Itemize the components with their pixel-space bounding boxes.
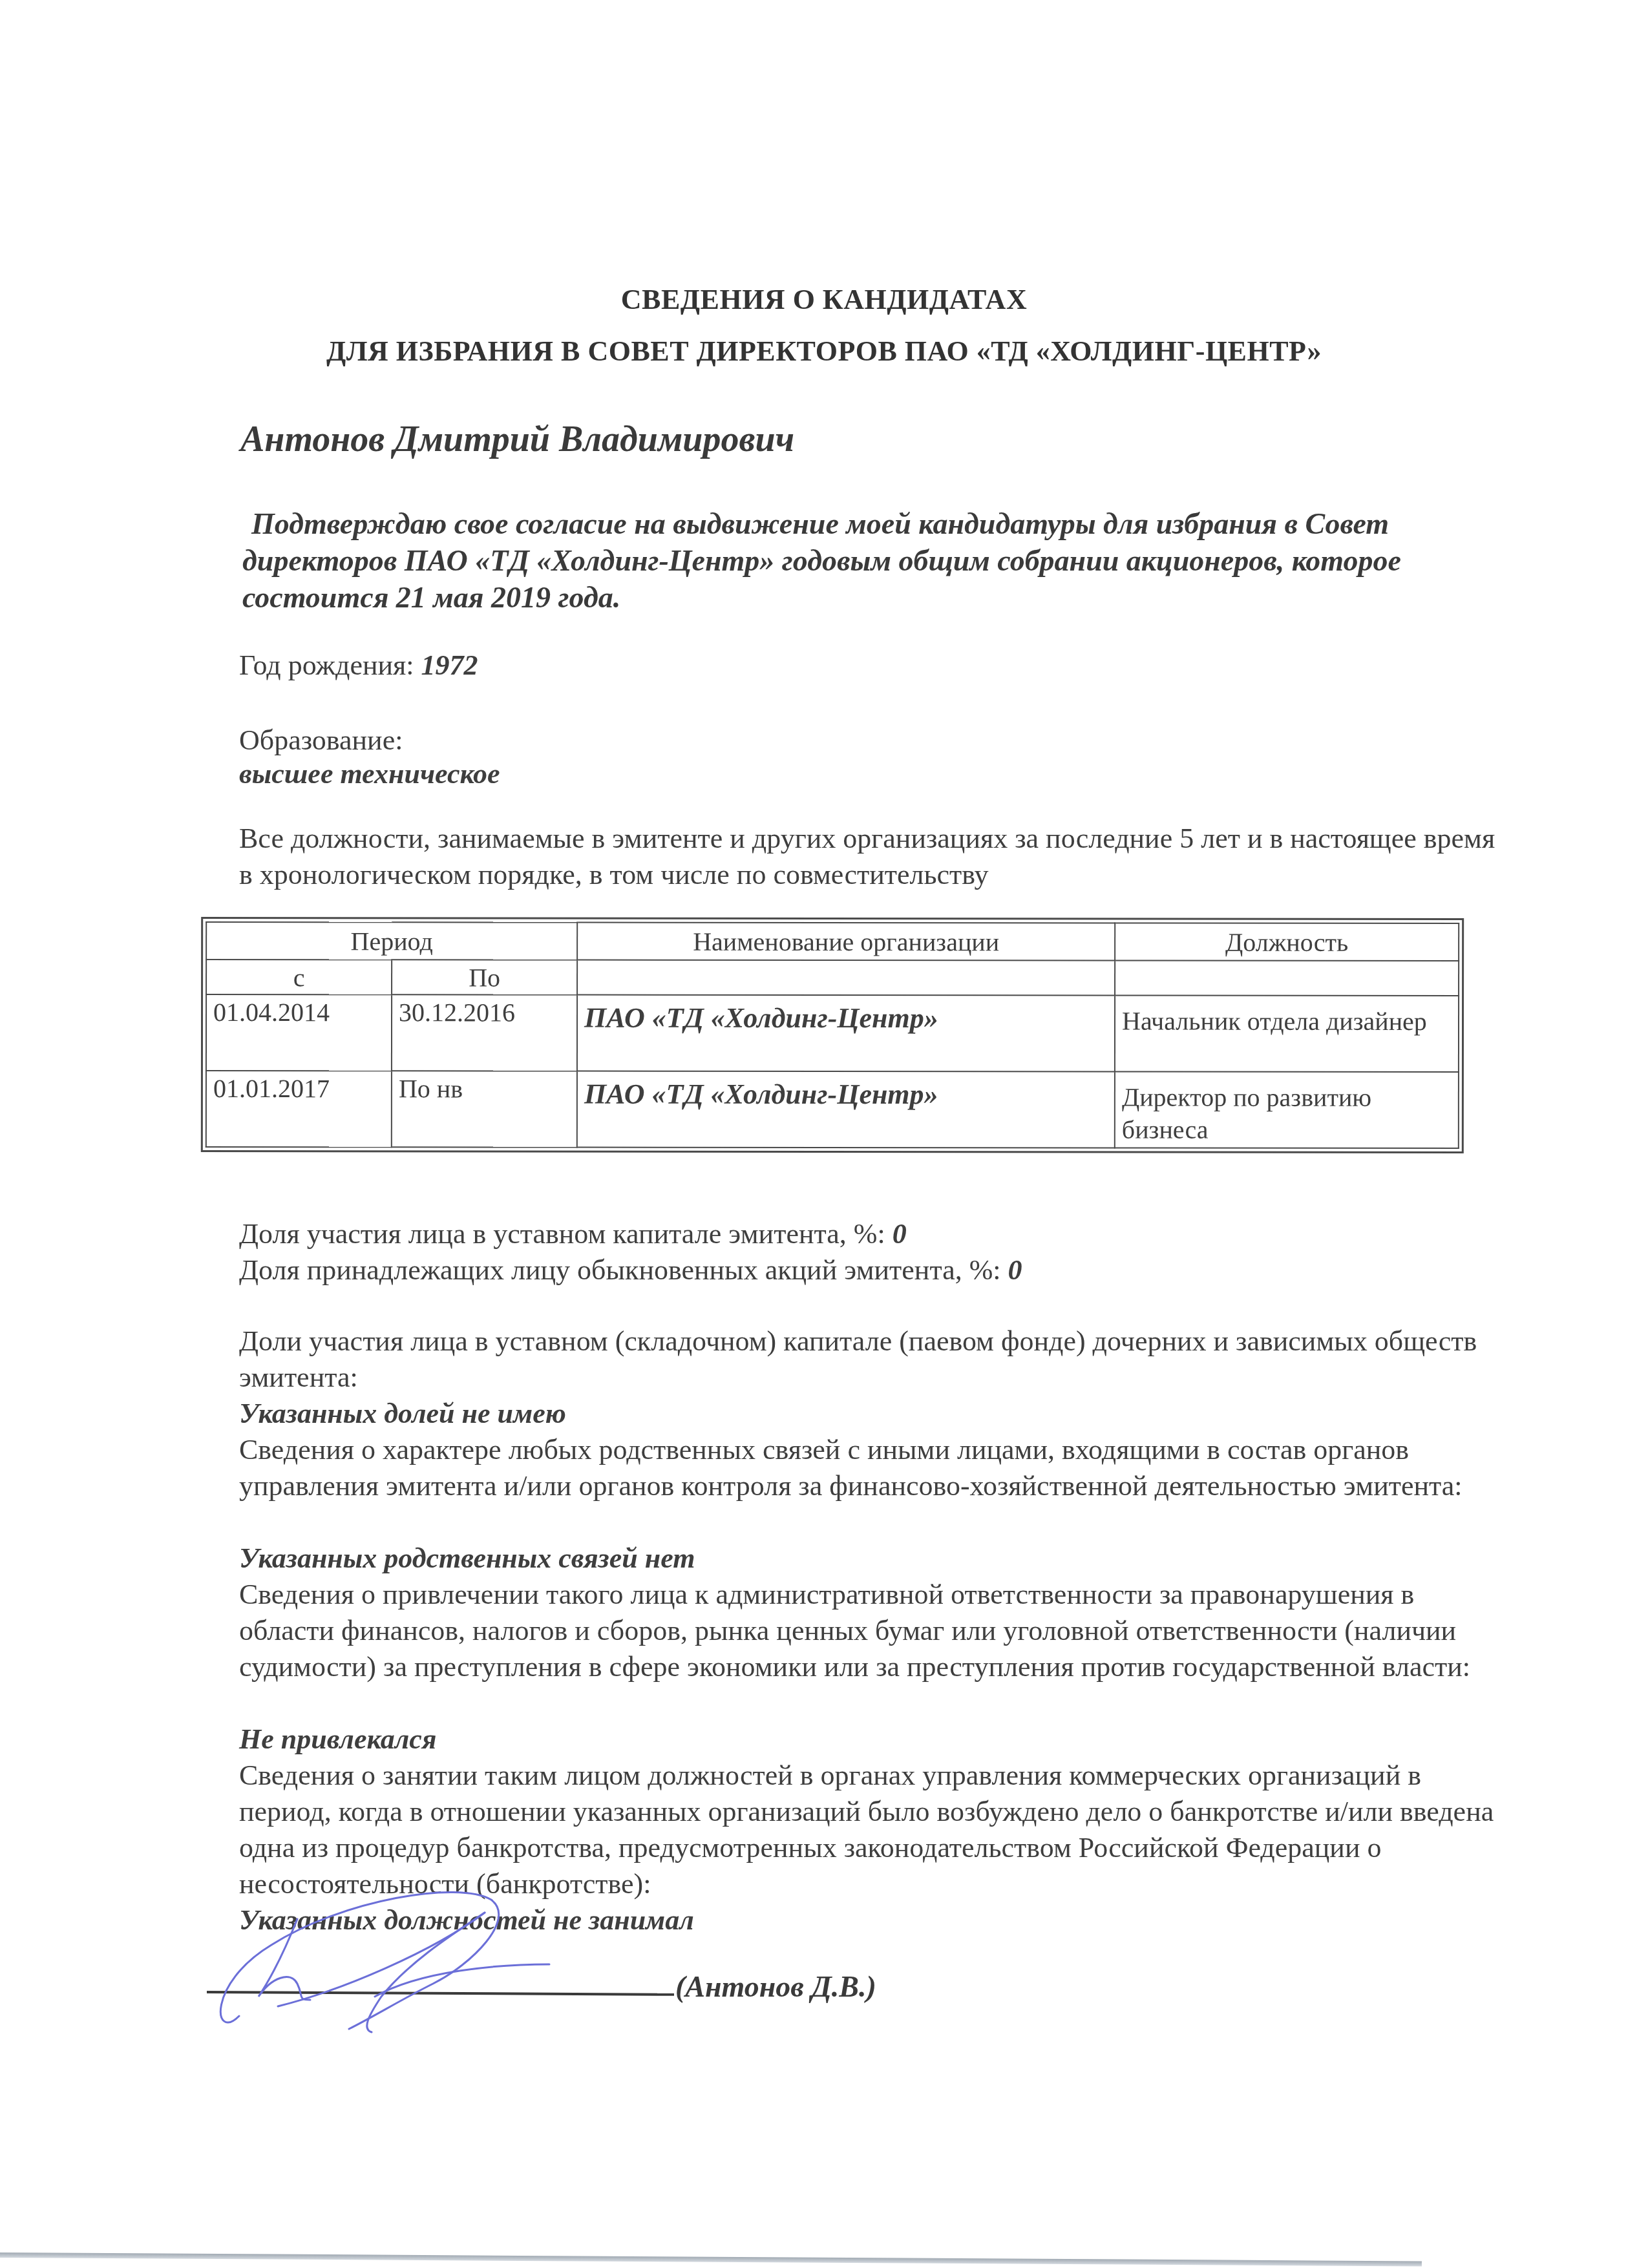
cell-from: 01.04.2014 [206, 994, 392, 1071]
document-subtitle: ДЛЯ ИЗБРАНИЯ В СОВЕТ ДИРЕКТОРОВ ПАО «ТД … [0, 335, 1648, 368]
header-from: с [206, 960, 392, 994]
consent-statement: Подтверждаю свое согласие на выдвижение … [242, 505, 1470, 616]
positions-table: Период Наименование организации Должност… [206, 921, 1459, 1149]
header-to: По [392, 960, 577, 994]
scan-edge-artifact [0, 2252, 1422, 2266]
common-shares-share: Доля принадлежащих лицу обыкновенных акц… [239, 1252, 1499, 1288]
family-ties-answer: Указанных родственных связей нет [239, 1540, 1499, 1577]
liability-question: Сведения о привлечении такого лица к адм… [239, 1577, 1499, 1685]
cell-to: 30.12.2016 [392, 994, 577, 1071]
charter-capital-share: Доля участия лица в уставном капитале эм… [239, 1216, 1499, 1252]
document-title: СВЕДЕНИЯ О КАНДИДАТАХ [0, 283, 1648, 316]
table-row: 01.04.2014 30.12.2016 ПАО «ТД «Холдинг-Ц… [206, 994, 1459, 1072]
charter-capital-label: Доля участия лица в уставном капитале эм… [239, 1218, 893, 1250]
birth-year-value: 1972 [421, 649, 478, 681]
positions-intro: Все должности, занимаемые в эмитенте и д… [239, 821, 1499, 893]
birth-year: Год рождения: 1972 [239, 647, 1499, 684]
common-shares-label: Доля принадлежащих лицу обыкновенных акц… [239, 1254, 1008, 1286]
cell-position: Директор по развитию бизнеса [1115, 1071, 1459, 1148]
education-value: высшее техническое [239, 756, 1499, 792]
positions-table-frame: Период Наименование организации Должност… [201, 917, 1464, 1153]
cell-organization: ПАО «ТД «Холдинг-Центр» [577, 1071, 1115, 1148]
bankruptcy-question: Сведения о занятии таким лицом должносте… [239, 1758, 1499, 1902]
cell-from: 01.01.2017 [206, 1071, 392, 1147]
subsidiaries-question: Доли участия лица в уставном (складочном… [239, 1323, 1499, 1396]
handwritten-signature-icon [213, 1887, 679, 2042]
header-position-empty [1115, 960, 1459, 996]
birth-year-label: Год рождения: [239, 649, 421, 681]
cell-organization: ПАО «ТД «Холдинг-Центр» [577, 995, 1115, 1072]
header-organization-empty [577, 960, 1115, 996]
candidate-name: Антонов Дмитрий Владимирович [240, 419, 794, 460]
subsidiaries-answer: Указанных долей не имею [239, 1396, 1499, 1432]
header-period: Период [206, 922, 577, 960]
signer-name: (Антонов Д.В.) [675, 1969, 876, 2004]
cell-to: По нв [392, 1071, 577, 1147]
common-shares-value: 0 [1008, 1254, 1022, 1286]
document-page: СВЕДЕНИЯ О КАНДИДАТАХ ДЛЯ ИЗБРАНИЯ В СОВ… [0, 0, 1648, 2268]
header-position: Должность [1115, 923, 1459, 961]
charter-capital-value: 0 [893, 1218, 907, 1250]
liability-answer: Не привлекался [239, 1721, 1499, 1758]
header-organization: Наименование организации [577, 923, 1115, 961]
cell-position: Начальник отдела дизайнер [1115, 995, 1459, 1072]
table-row: 01.01.2017 По нв ПАО «ТД «Холдинг-Центр»… [206, 1071, 1459, 1148]
education-label: Образование: [239, 722, 1499, 759]
family-ties-question: Сведения о характере любых родственных с… [239, 1432, 1499, 1504]
